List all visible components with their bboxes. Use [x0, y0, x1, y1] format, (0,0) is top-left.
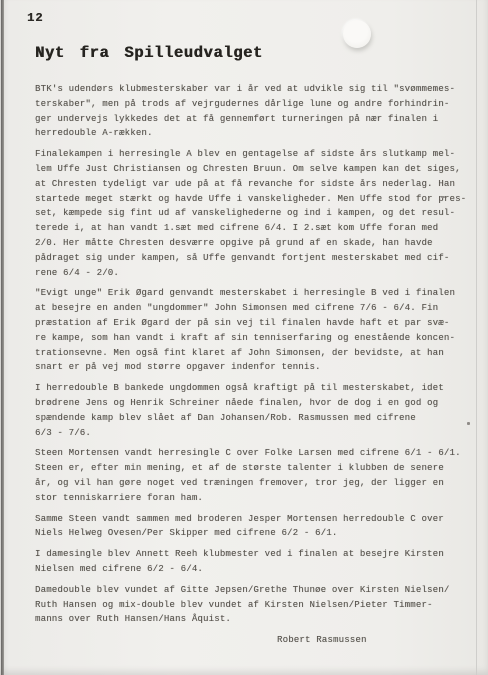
paragraph-damesingle: I damesingle blev Annett Reeh klubmester…	[35, 547, 467, 577]
paragraph-herresingle-c: Steen Mortensen vandt herresingle C over…	[35, 446, 467, 505]
scanned-document-page: 12 Nyt fra Spilleudvalget BTK's udendørs…	[0, 0, 488, 675]
scan-speck	[467, 422, 470, 425]
scan-speck	[441, 196, 445, 198]
signature: Robert Rasmussen	[35, 633, 467, 648]
paragraph-herresingle-a: Finalekampen i herresingle A blev en gen…	[35, 147, 467, 280]
paragraph-damedouble-mixdouble: Damedouble blev vundet af Gitte Jepsen/G…	[35, 583, 467, 627]
scan-edge-left	[1, 0, 4, 675]
page-title: Nyt fra Spilleudvalget	[35, 44, 263, 62]
page-number: 12	[27, 11, 43, 25]
hole-punch	[343, 20, 371, 48]
paragraph-herredouble-c: Samme Steen vandt sammen med broderen Je…	[35, 512, 467, 542]
paragraph-intro: BTK's udendørs klubmesterskaber var i år…	[35, 82, 467, 141]
paragraph-herresingle-b: "Evigt unge" Erik Øgard genvandt mesters…	[35, 286, 467, 375]
article-body: BTK's udendørs klubmesterskaber var i år…	[35, 82, 467, 648]
paragraph-herredouble-b: I herredouble B bankede ungdommen også k…	[35, 381, 467, 440]
scan-edge-right	[476, 0, 477, 675]
